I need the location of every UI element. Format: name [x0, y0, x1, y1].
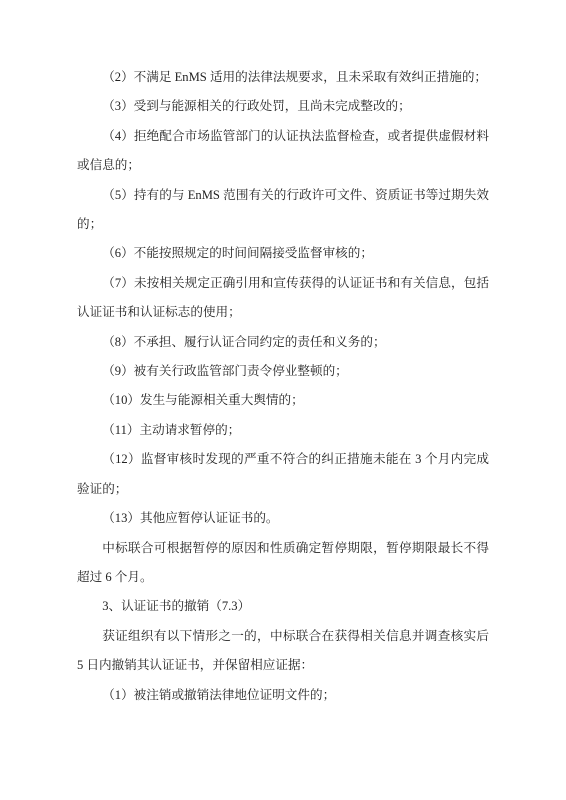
clause-item-10: （10）发生与能源相关重大舆情的； [77, 386, 489, 415]
withdrawal-intro: 获证组织有以下情形之一的，中标联合在获得相关信息并调查核实后 5 日内撤销其认证… [77, 622, 489, 681]
suspension-duration-note: 中标联合可根据暂停的原因和性质确定暂停期限，暂停期限最长不得超过 6 个月。 [77, 534, 489, 593]
clause-item-7: （7）未按相关规定正确引用和宣传获得的认证证书和有关信息，包括认证证书和认证标志… [77, 269, 489, 328]
clause-item-6: （6）不能按照规定的时间间隔接受监督审核的； [77, 239, 489, 268]
withdrawal-item-1: （1）被注销或撤销法律地位证明文件的； [77, 681, 489, 710]
withdrawal-section: 3、认证证书的撤销（7.3） 获证组织有以下情形之一的，中标联合在获得相关信息并… [77, 592, 489, 710]
document-page: （2）不满足 EnMS 适用的法律法规要求，且未采取有效纠正措施的； （3）受到… [0, 0, 566, 800]
clause-item-5: （5）持有的与 EnMS 范围有关的行政许可文件、资质证书等过期失效的； [77, 181, 489, 240]
clause-item-2: （2）不满足 EnMS 适用的法律法规要求，且未采取有效纠正措施的； [77, 63, 489, 92]
clause-item-12: （12）监督审核时发现的严重不符合的纠正措施未能在 3 个月内完成验证的； [77, 445, 489, 504]
clause-item-9: （9）被有关行政监管部门责令停业整顿的； [77, 357, 489, 386]
section-heading: 3、认证证书的撤销（7.3） [77, 592, 489, 621]
clause-item-13: （13）其他应暂停认证证书的。 [77, 504, 489, 533]
suspension-clauses-section: （2）不满足 EnMS 适用的法律法规要求，且未采取有效纠正措施的； （3）受到… [77, 63, 489, 592]
clause-item-4: （4）拒绝配合市场监管部门的认证执法监督检查，或者提供虚假材料或信息的； [77, 122, 489, 181]
clause-item-11: （11）主动请求暂停的； [77, 416, 489, 445]
clause-item-3: （3）受到与能源相关的行政处罚，且尚未完成整改的； [77, 92, 489, 121]
clause-item-8: （8）不承担、履行认证合同约定的责任和义务的； [77, 328, 489, 357]
